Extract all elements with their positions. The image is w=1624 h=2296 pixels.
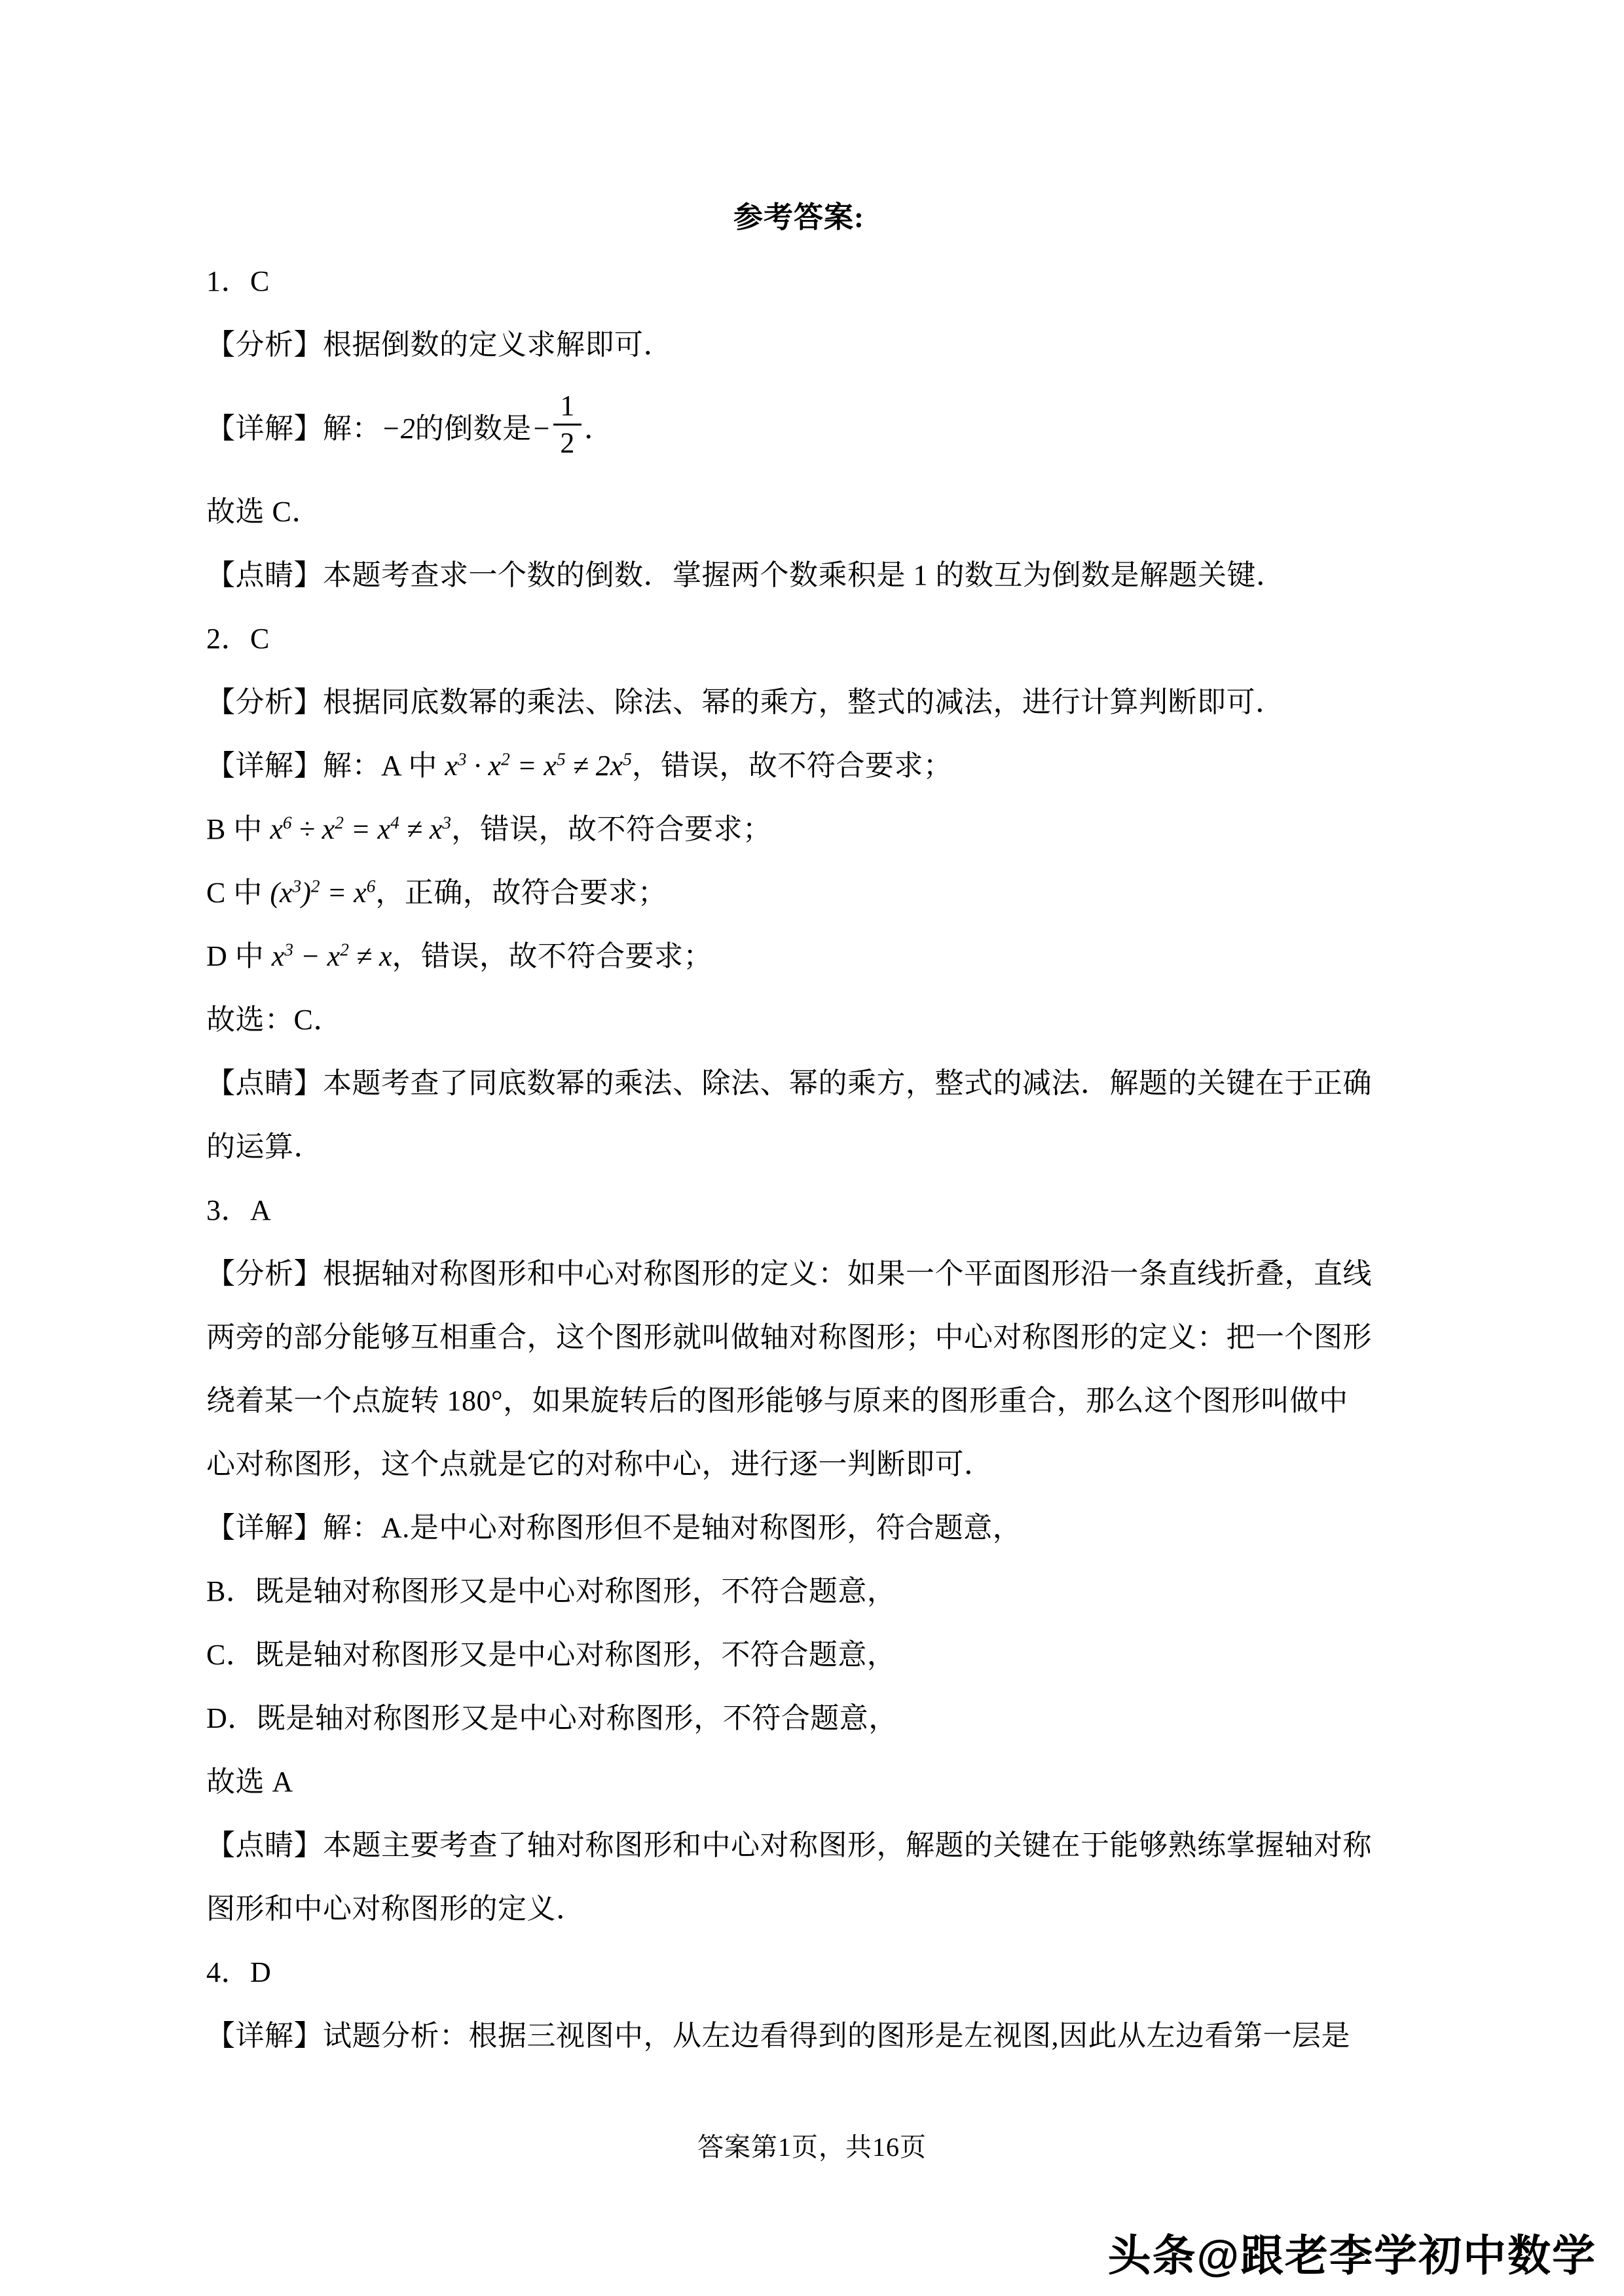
note-line: 【点睛】本题主要考查了轴对称图形和中心对称图形，解题的关键在于能够熟练掌握轴对称 xyxy=(206,1813,1392,1877)
note-line: 【点睛】本题考查了同底数幂的乘法、除法、幂的乘方，整式的减法．解题的关键在于正确 xyxy=(206,1051,1392,1115)
detail-line-option-b: B 中 x6 ÷ x2 = x4 ≠ x3，错误，故不符合要求； xyxy=(206,797,1392,861)
note-line: 【点睛】本题考查求一个数的倒数．掌握两个数乘积是 1 的数互为倒数是解题关键． xyxy=(206,543,1392,607)
text-segment: ，错误，故不符合要求； xyxy=(392,940,713,972)
math-segment: x6 ÷ x2 = x4 ≠ x3 xyxy=(270,813,451,845)
text-segment: ，错误，故不符合要求； xyxy=(632,750,953,782)
text-segment: ，错误，故不符合要求； xyxy=(451,813,772,845)
fraction: 12 xyxy=(553,388,581,461)
detail-line: 【详解】试题分析：根据三视图中，从左边看得到的图形是左视图,因此从左边看第一层是 xyxy=(206,2004,1392,2068)
fraction-numerator: 1 xyxy=(553,388,581,424)
math-segment: x3 − x2 ≠ x xyxy=(272,940,392,972)
answer-sheet-page: { "page": { "background": "#ffffff", "te… xyxy=(0,0,1624,2296)
answer-number: 3．A xyxy=(206,1178,1392,1242)
text-segment: D 中 xyxy=(206,940,272,972)
answer-content: 参考答案: 1．C 【分析】根据倒数的定义求解即可． 【详解】解：−2 的倒数是… xyxy=(206,186,1392,2068)
analysis-line: 绕着某一个点旋转 180°，如果旋转后的图形能够与原来的图形重合，那么这个图形叫… xyxy=(206,1369,1392,1432)
answer-block-3: 3．A 【分析】根据轴对称图形和中心对称图形的定义：如果一个平面图形沿一条直线折… xyxy=(206,1178,1392,1941)
math-segment: (x3)2 = x6 xyxy=(270,877,375,909)
math-segment: x3 · x2 = x5 ≠ 2x5 xyxy=(445,750,632,782)
conclusion-line: 故选：C． xyxy=(206,988,1392,1051)
detail-line-option-a: 【详解】解：A.是中心对称图形但不是轴对称图形，符合题意， xyxy=(206,1496,1392,1559)
detail-line-option-a: 【详解】解：A 中 x3 · x2 = x5 ≠ 2x5，错误，故不符合要求； xyxy=(206,734,1392,797)
text-segment: ，正确，故符合要求； xyxy=(375,877,667,909)
conclusion-line: 故选 C． xyxy=(206,480,1392,543)
analysis-line: 【分析】根据轴对称图形和中心对称图形的定义：如果一个平面图形沿一条直线折叠，直线 xyxy=(206,1242,1392,1305)
text-segment: 【详解】解： xyxy=(206,397,381,460)
text-segment: 【详解】解：A 中 xyxy=(206,750,445,782)
answer-block-4: 4．D 【详解】试题分析：根据三视图中，从左边看得到的图形是左视图,因此从左边看… xyxy=(206,1941,1392,2068)
analysis-line: 【分析】根据同底数幂的乘法、除法、幂的乘方，整式的减法，进行计算判断即可． xyxy=(206,670,1392,734)
note-line: 图形和中心对称图形的定义． xyxy=(206,1877,1392,1941)
answer-number: 2．C xyxy=(206,607,1392,670)
detail-line-option-d: D 中 x3 − x2 ≠ x，错误，故不符合要求； xyxy=(206,924,1392,988)
detail-line-with-fraction: 【详解】解：−2 的倒数是 −12． xyxy=(206,376,1392,480)
text-segment: B 中 xyxy=(206,813,270,845)
answer-block-2: 2．C 【分析】根据同底数幂的乘法、除法、幂的乘方，整式的减法，进行计算判断即可… xyxy=(206,607,1392,1178)
detail-line-option-d: D．既是轴对称图形又是中心对称图形，不符合题意， xyxy=(206,1686,1392,1750)
detail-line-option-c: C．既是轴对称图形又是中心对称图形，不符合题意， xyxy=(206,1623,1392,1686)
detail-line-option-c: C 中 (x3)2 = x6，正确，故符合要求； xyxy=(206,861,1392,924)
math-segment: − xyxy=(532,397,551,460)
page-title: 参考答案: xyxy=(206,186,1392,249)
watermark-text: 头条@跟老李学初中数学 xyxy=(1108,2221,1596,2283)
analysis-line: 【分析】根据倒数的定义求解即可． xyxy=(206,313,1392,376)
text-segment: ． xyxy=(584,397,614,460)
note-line: 的运算． xyxy=(206,1115,1392,1178)
answer-number: 1．C xyxy=(206,249,1392,313)
text-segment: 的倒数是 xyxy=(415,397,532,460)
answer-block-1: 1．C 【分析】根据倒数的定义求解即可． 【详解】解：−2 的倒数是 −12． … xyxy=(206,249,1392,607)
answer-number: 4．D xyxy=(206,1941,1392,2004)
detail-line-option-b: B．既是轴对称图形又是中心对称图形，不符合题意， xyxy=(206,1559,1392,1623)
analysis-line: 心对称图形，这个点就是它的对称中心，进行逐一判断即可． xyxy=(206,1432,1392,1496)
analysis-line: 两旁的部分能够互相重合，这个图形就叫做轴对称图形；中心对称图形的定义：把一个图形 xyxy=(206,1305,1392,1369)
math-segment: −2 xyxy=(381,397,415,460)
footer-page-number: 答案第1页，共16页 xyxy=(0,2126,1624,2164)
fraction-denominator: 2 xyxy=(553,424,581,461)
text-segment: C 中 xyxy=(206,877,270,909)
conclusion-line: 故选 A xyxy=(206,1750,1392,1813)
